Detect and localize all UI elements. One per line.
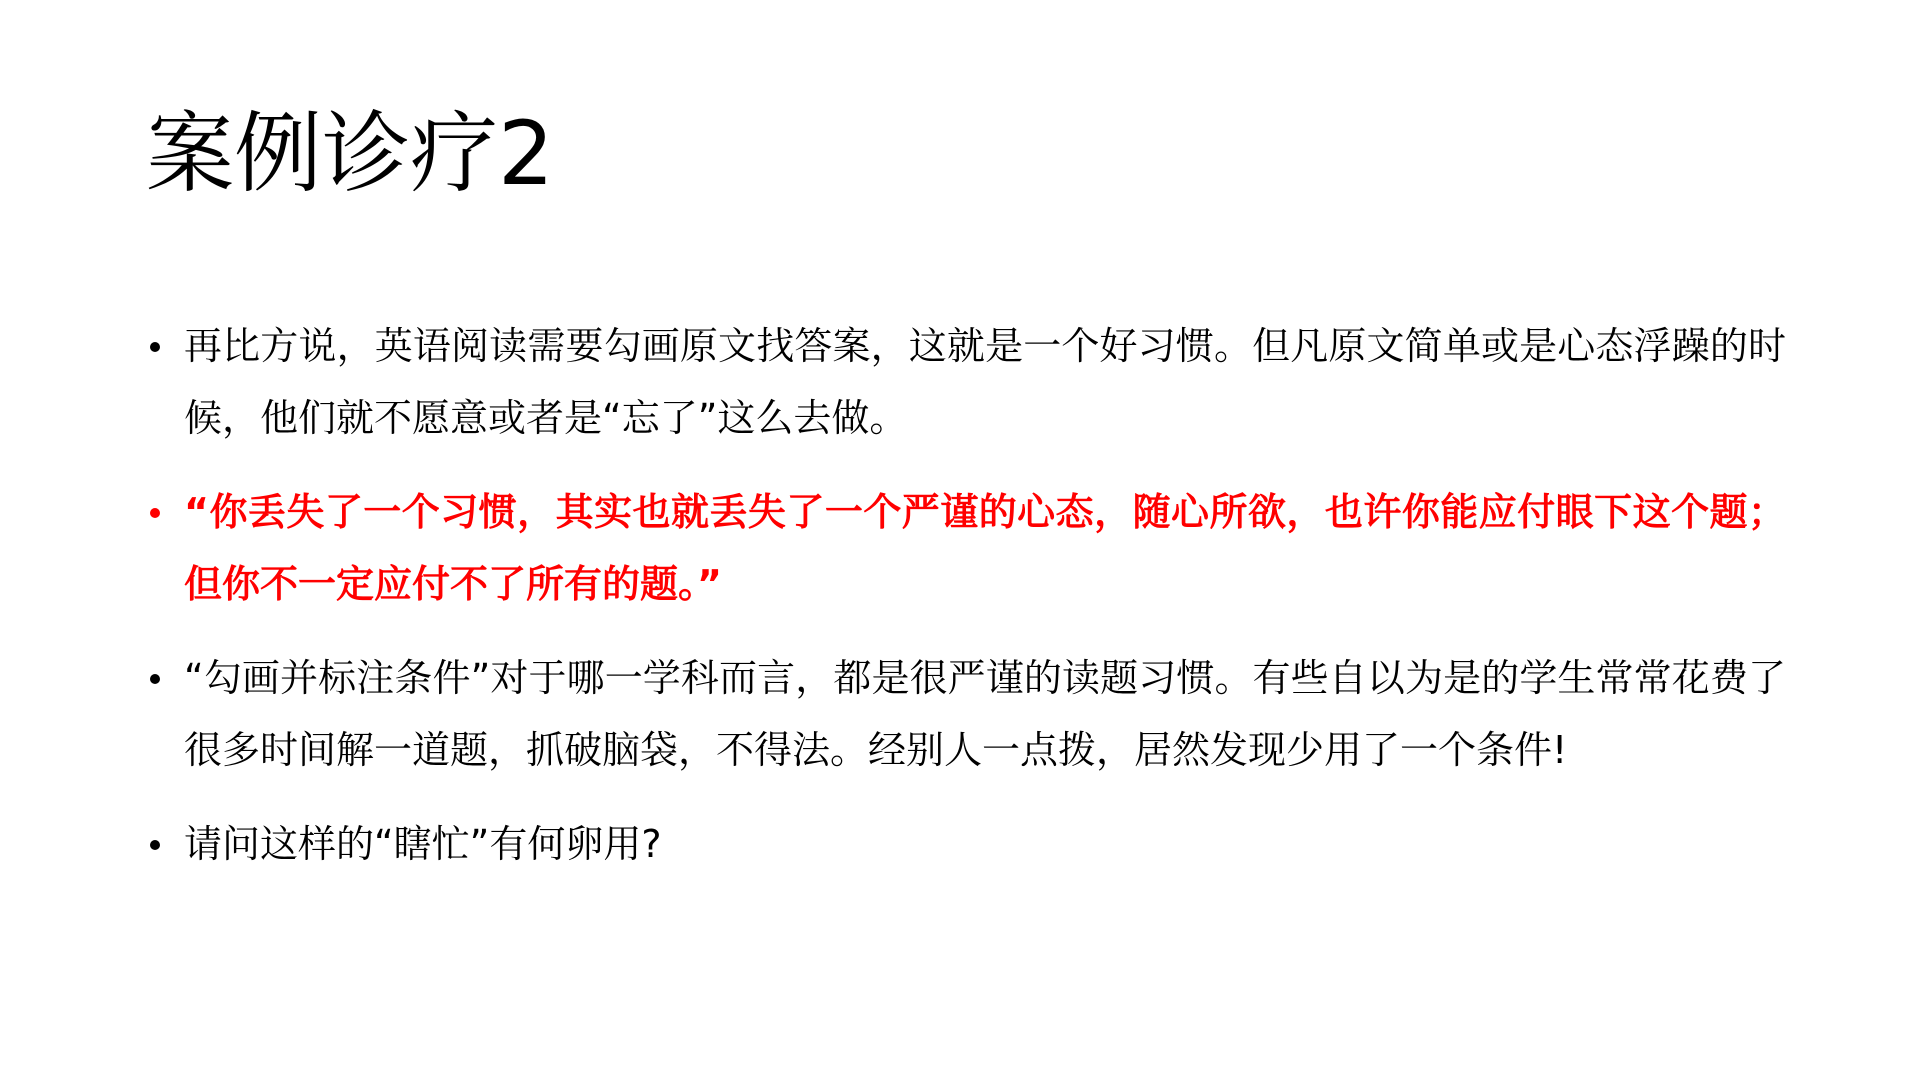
bullet-text: 请问这样的“瞎忙”有何卵用? <box>184 808 1786 880</box>
bullet-dot-icon <box>150 508 160 518</box>
bullet-dot-icon <box>150 674 160 684</box>
bullet-text: 再比方说，英语阅读需要勾画原文找答案，这就是一个好习惯。但凡原文简单或是心态浮躁… <box>184 310 1786 454</box>
bullet-text-emphasis: “你丢失了一个习惯，其实也就丢失了一个严谨的心态，随心所欲，也许你能应付眼下这个… <box>184 476 1786 620</box>
slide: 案例诊疗2 再比方说，英语阅读需要勾画原文找答案，这就是一个好习惯。但凡原文简单… <box>0 0 1920 1080</box>
bullet-text: “勾画并标注条件”对于哪一学科而言，都是很严谨的读题习惯。有些自以为是的学生常常… <box>184 642 1786 786</box>
bullet-item-quote-habit: “你丢失了一个习惯，其实也就丢失了一个严谨的心态，随心所欲，也许你能应付眼下这个… <box>146 476 1786 620</box>
bullet-dot-icon <box>150 840 160 850</box>
bullet-dot-icon <box>150 342 160 352</box>
bullet-item-question: 请问这样的“瞎忙”有何卵用? <box>146 808 1786 880</box>
bullet-item-mark-conditions: “勾画并标注条件”对于哪一学科而言，都是很严谨的读题习惯。有些自以为是的学生常常… <box>146 642 1786 786</box>
bullet-list: 再比方说，英语阅读需要勾画原文找答案，这就是一个好习惯。但凡原文简单或是心态浮躁… <box>146 310 1786 902</box>
slide-title: 案例诊疗2 <box>146 104 554 204</box>
bullet-item-english-reading: 再比方说，英语阅读需要勾画原文找答案，这就是一个好习惯。但凡原文简单或是心态浮躁… <box>146 310 1786 454</box>
